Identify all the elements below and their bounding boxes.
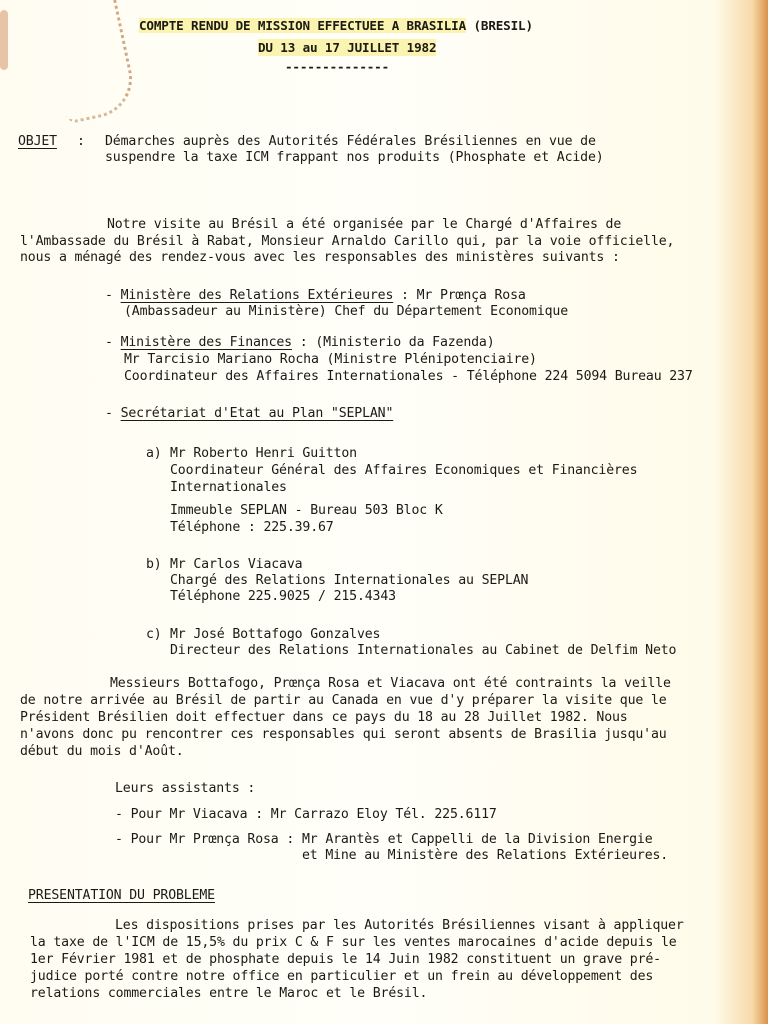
title-rule: -------------- [285, 58, 389, 75]
ministry-name: Ministère des Finances [121, 335, 292, 350]
intro-line: l'Ambassade du Brésil à Rabat, Monsieur … [20, 233, 674, 250]
objet-colon: : [77, 133, 85, 150]
probleme-line: relations commerciales entre le Maroc et… [30, 985, 427, 1002]
contact-letter: c) [146, 626, 162, 643]
objet-line-1: Démarches auprès des Autorités Fédérales… [105, 133, 596, 150]
probleme-line: Les dispositions prises par les Autorité… [115, 917, 684, 934]
ministry-item: - Ministère des Finances : (Ministerio d… [105, 334, 495, 351]
contact-line: Directeur des Relations Internationales … [170, 642, 676, 659]
assistant-item: et Mine au Ministère des Relations Extér… [115, 847, 668, 864]
ministry-name: Secrétariat d'Etat au Plan "SEPLAN" [121, 406, 394, 421]
ministry-item: - Secrétariat d'Etat au Plan "SEPLAN" [105, 405, 393, 422]
document-page: COMPTE RENDU DE MISSION EFFECTUEE A BRAS… [0, 0, 768, 1024]
contact-line: Immeuble SEPLAN - Bureau 503 Bloc K [170, 502, 443, 519]
probleme-line: 1er Février 1981 et de phosphate depuis … [30, 951, 661, 968]
objet-line-2: suspendre la taxe ICM frappant nos produ… [105, 149, 604, 166]
contact-letter: b) [146, 556, 162, 573]
contact-line: Mr José Bottafogo Gonzalves [170, 626, 380, 643]
assistant-item: - Pour Mr Prœnça Rosa : Mr Arantès et Ca… [115, 831, 652, 848]
contact-letter: a) [146, 445, 162, 462]
paper-stain [44, 0, 140, 124]
probleme-line: judice porté contre notre office en part… [30, 968, 653, 985]
ministry-detail: Mr Tarcisio Mariano Rocha (Ministre Plén… [124, 351, 537, 368]
title-line-1: COMPTE RENDU DE MISSION EFFECTUEE A BRAS… [139, 17, 533, 34]
paper-stain [0, 10, 8, 70]
probleme-line: la taxe de l'ICM de 15,5% du prix C & F … [30, 934, 677, 951]
section-heading-probleme: PRESENTATION DU PROBLEME [28, 887, 215, 904]
contact-line: Mr Carlos Viacava [170, 556, 302, 573]
absence-line: début du mois d'Août. [20, 743, 184, 760]
ministry-detail: (Ambassadeur au Ministère) Chef du Dépar… [124, 303, 568, 320]
objet-label: OBJET [18, 133, 57, 150]
contact-line: Internationales [170, 479, 287, 496]
contact-line: Téléphone 225.9025 / 215.4343 [170, 588, 396, 605]
assistants-heading: Leurs assistants : [115, 780, 255, 797]
intro-line: Notre visite au Brésil a été organisée p… [107, 216, 621, 233]
assistant-item: - Pour Mr Viacava : Mr Carrazo Eloy Tél.… [115, 806, 497, 823]
contact-line: Coordinateur Général des Affaires Econom… [170, 462, 637, 479]
ministry-detail: Coordinateur des Affaires Internationale… [124, 368, 693, 385]
absence-line: Président Brésilien doit effectuer dans … [20, 709, 628, 726]
contact-line: Chargé des Relations Internationales au … [170, 572, 528, 589]
intro-line: nous a ménagé des rendez-vous avec les r… [20, 249, 620, 266]
absence-line: Messieurs Bottafogo, Prœnça Rosa et Viac… [110, 675, 671, 692]
ministry-name: Ministère des Relations Extérieures [121, 288, 394, 303]
contact-line: Mr Roberto Henri Guitton [170, 445, 357, 462]
title-line-2: DU 13 au 17 JUILLET 1982 [258, 39, 436, 56]
absence-line: de notre arrivée au Brésil de partir au … [20, 692, 667, 709]
absence-line: n'avons donc pu rencontrer ces responsab… [20, 726, 667, 743]
contact-line: Téléphone : 225.39.67 [170, 519, 334, 536]
ministry-item: - Ministère des Relations Extérieures : … [105, 287, 526, 304]
